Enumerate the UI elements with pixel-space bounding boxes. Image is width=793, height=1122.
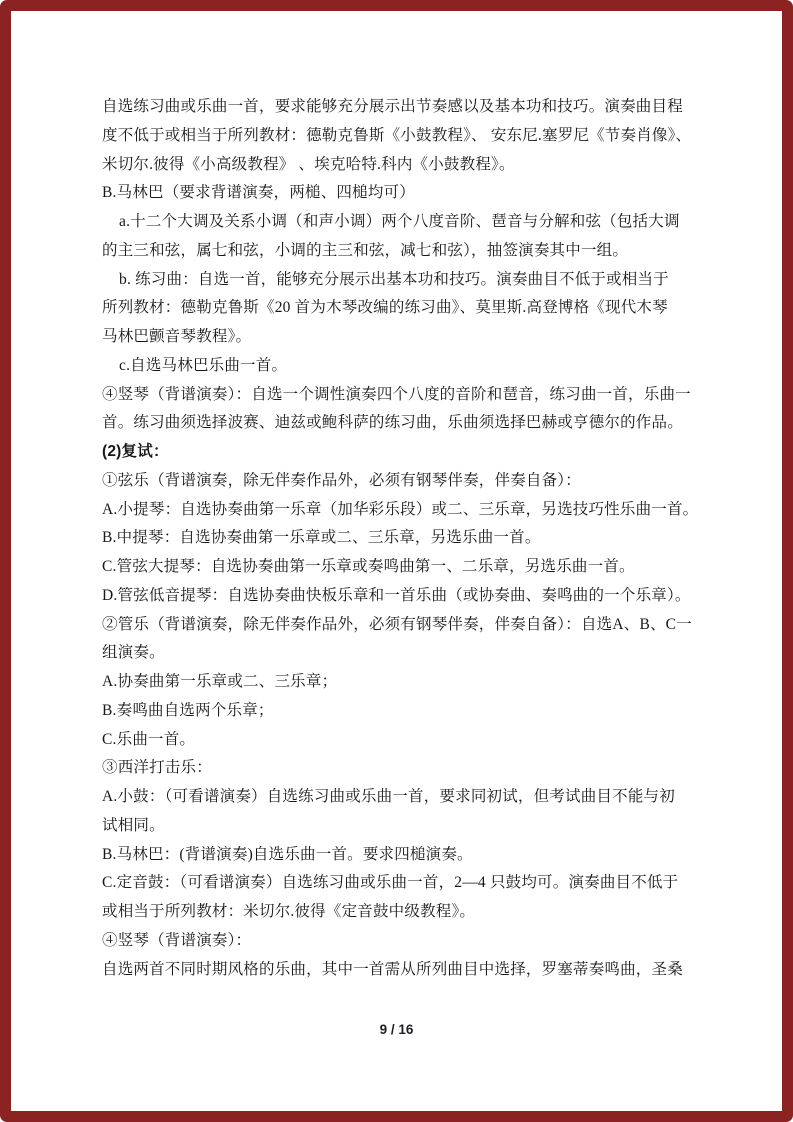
text-line: b. 练习曲：自选一首，能够充分展示出基本功和技巧。演奏曲目不低于或相当于: [102, 266, 696, 295]
text-line: ②管乐（背谱演奏，除无伴奏作品外，必须有钢琴伴奏，伴奏自备）：自选A、B、C一: [102, 611, 696, 640]
text-line: 或相当于所列教材：米切尔.彼得《定音鼓中级教程》。: [102, 898, 696, 927]
document-text: 自选练习曲或乐曲一首，要求能够充分展示出节奏感以及基本功和技巧。演奏曲目程度不低…: [102, 93, 696, 984]
text-line: D.管弦低音提琴：自选协奏曲快板乐章和一首乐曲（或协奏曲、奏鸣曲的一个乐章）。: [102, 582, 696, 611]
text-line: 度不低于或相当于所列教材：德勒克鲁斯《小鼓教程》、 安东尼.塞罗尼《节奏肖像》、: [102, 122, 696, 151]
text-line: 自选练习曲或乐曲一首，要求能够充分展示出节奏感以及基本功和技巧。演奏曲目程: [102, 93, 696, 122]
text-line: 所列教材：德勒克鲁斯《20 首为木琴改编的练习曲》、莫里斯.高登博格《现代木琴: [102, 294, 696, 323]
text-line: C.定音鼓：（可看谱演奏）自选练习曲或乐曲一首，2—4 只鼓均可。演奏曲目不低于: [102, 869, 696, 898]
text-line: B.马林巴：(背谱演奏)自选乐曲一首。要求四槌演奏。: [102, 841, 696, 870]
text-line: ①弦乐（背谱演奏，除无伴奏作品外，必须有钢琴伴奏，伴奏自备）：: [102, 467, 696, 496]
text-line: a.十二个大调及关系小调（和声小调）两个八度音阶、琶音与分解和弦（包括大调: [102, 208, 696, 237]
text-line: A.小鼓：（可看谱演奏）自选练习曲或乐曲一首，要求同初试，但考试曲目不能与初: [102, 783, 696, 812]
text-line: B.奏鸣曲自选两个乐章；: [102, 697, 696, 726]
text-line: 的主三和弦，属七和弦，小调的主三和弦，减七和弦），抽签演奏其中一组。: [102, 237, 696, 266]
text-line: 马林巴颤音琴教程》。: [102, 323, 696, 352]
text-line: 组演奏。: [102, 639, 696, 668]
text-line: c.自选马林巴乐曲一首。: [102, 352, 696, 381]
text-line: (2)复试：: [102, 438, 696, 467]
text-line: 试相同。: [102, 812, 696, 841]
text-line: C.乐曲一首。: [102, 726, 696, 755]
text-line: ③西洋打击乐：: [102, 754, 696, 783]
text-line: A.协奏曲第一乐章或二、三乐章；: [102, 668, 696, 697]
text-line: C.管弦大提琴：自选协奏曲第一乐章或奏鸣曲第一、二乐章，另选乐曲一首。: [102, 553, 696, 582]
text-line: ④竖琴（背谱演奏）：自选一个调性演奏四个八度的音阶和琶音，练习曲一首，乐曲一: [102, 381, 696, 410]
text-line: 自选两首不同时期风格的乐曲，其中一首需从所列曲目中选择，罗塞蒂奏鸣曲，圣桑: [102, 956, 696, 985]
text-line: 首。练习曲须选择波赛、迪兹或鲍科萨的练习曲，乐曲须选择巴赫或亨德尔的作品。: [102, 409, 696, 438]
page-number: 9 / 16: [0, 1022, 793, 1037]
text-line: 米切尔.彼得《小高级教程》 、埃克哈特.科内《小鼓教程》。: [102, 151, 696, 180]
text-line: B.中提琴：自选协奏曲第一乐章或二、三乐章，另选乐曲一首。: [102, 524, 696, 553]
text-line: ④竖琴（背谱演奏）：: [102, 927, 696, 956]
text-line: A.小提琴：自选协奏曲第一乐章（加华彩乐段）或二、三乐章，另选技巧性乐曲一首。: [102, 496, 696, 525]
text-line: B.马林巴（要求背谱演奏，两槌、四槌均可）: [102, 179, 696, 208]
